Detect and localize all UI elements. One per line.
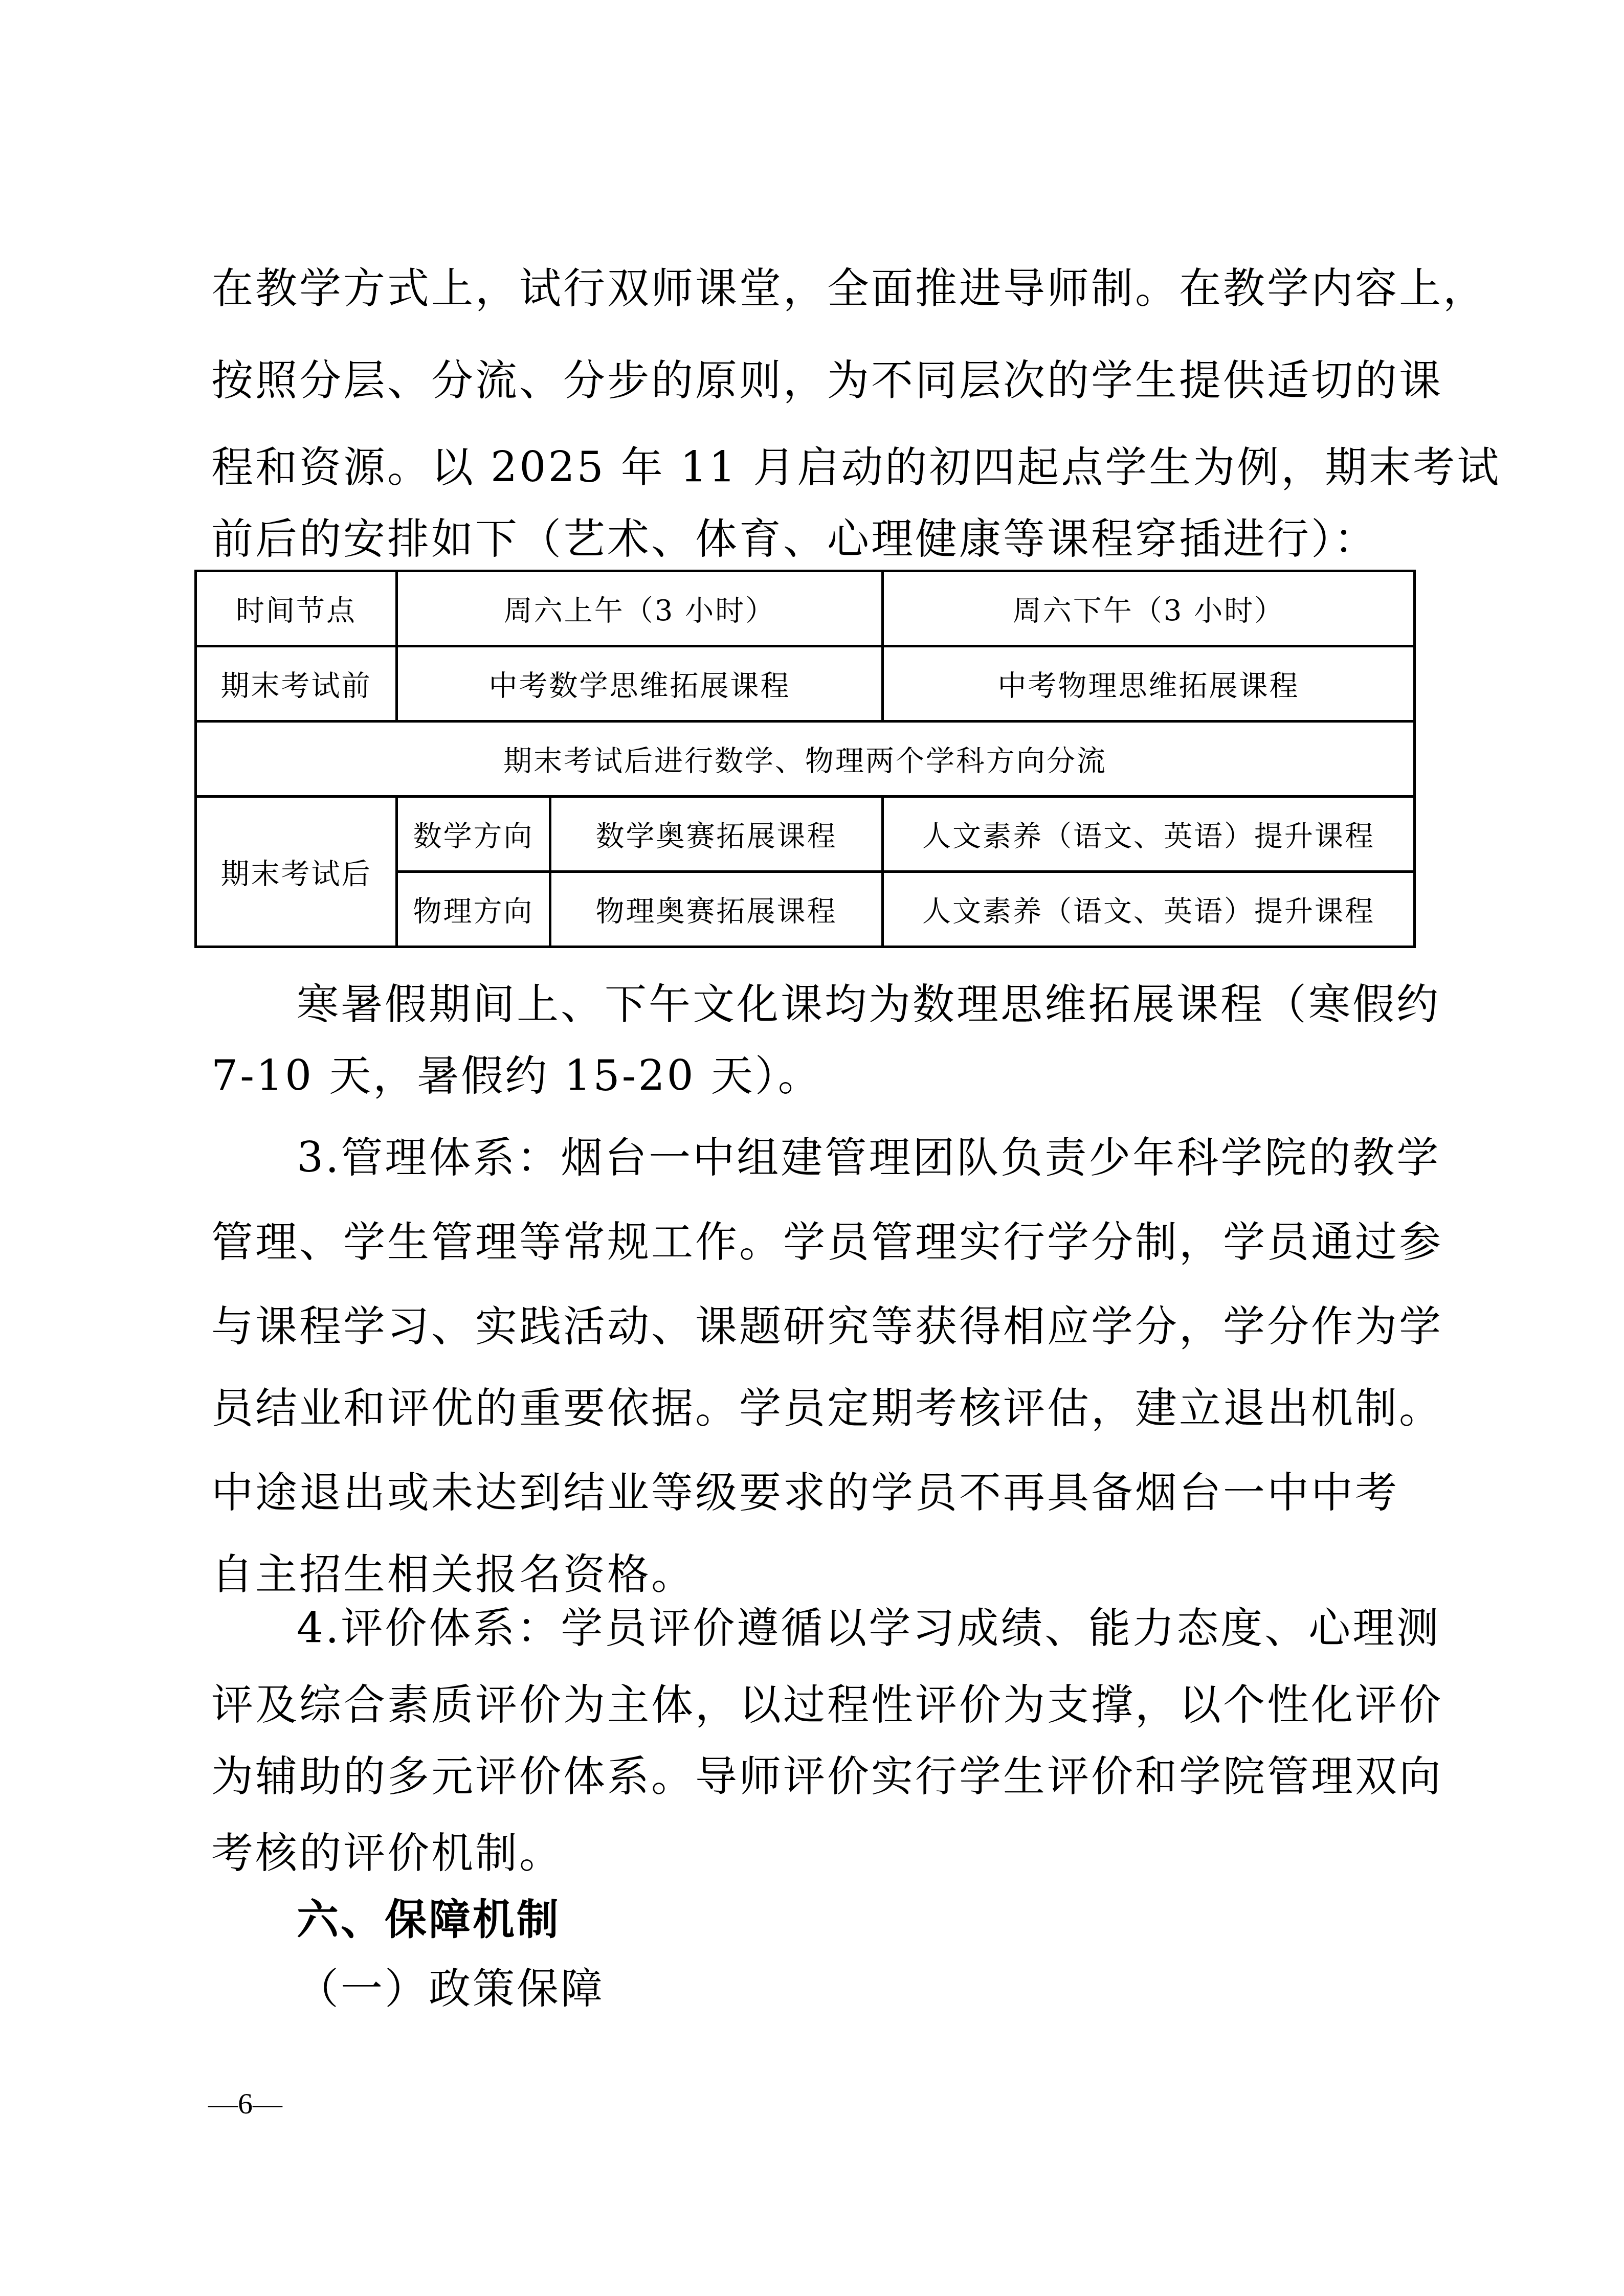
row-label-before-exam: 期末考试前 — [196, 646, 397, 722]
subsection-heading: （一）政策保障 — [297, 1964, 1499, 2015]
paragraph-line: 寒暑假期间上、下午文化课均为数理思维拓展课程（寒假约 — [297, 979, 1499, 1030]
paragraph-line: 在教学方式上，试行双师课堂，全面推进导师制。在教学内容上， — [211, 263, 1413, 314]
paragraph-line: 考核的评价机制。 — [211, 1828, 1413, 1879]
paragraph-line: 与课程学习、实践活动、课题研究等获得相应学分，学分作为学 — [211, 1301, 1413, 1353]
cell-physics-morning: 物理奥赛拓展课程 — [550, 872, 883, 947]
paragraph-line: 按照分层、分流、分步的原则，为不同层次的学生提供适切的课 — [211, 355, 1413, 407]
cell-math-afternoon: 人文素养（语文、英语）提升课程 — [883, 797, 1415, 872]
paragraph-line: 自主招生相关报名资格。 — [211, 1549, 1413, 1601]
paragraph-line: 员结业和评优的重要依据。学员定期考核评估，建立退出机制。 — [211, 1383, 1413, 1434]
paragraph-line: 4.评价体系：学员评价遵循以学习成绩、能力态度、心理测 — [297, 1603, 1499, 1654]
header-saturday-morning: 周六上午（3 小时） — [397, 571, 883, 646]
cell-direction-physics: 物理方向 — [397, 872, 550, 947]
section-heading: 六、保障机制 — [297, 1895, 1499, 1946]
cell-before-morning: 中考数学思维拓展课程 — [397, 646, 883, 722]
row-label-after-exam: 期末考试后 — [196, 797, 397, 947]
cell-physics-afternoon: 人文素养（语文、英语）提升课程 — [883, 872, 1415, 947]
split-note-cell: 期末考试后进行数学、物理两个学科方向分流 — [196, 722, 1415, 797]
cell-before-afternoon: 中考物理思维拓展课程 — [883, 646, 1415, 722]
schedule-table: 时间节点 周六上午（3 小时） 周六下午（3 小时） 期末考试前 中考数学思维拓… — [194, 570, 1416, 948]
cell-math-morning: 数学奥赛拓展课程 — [550, 797, 883, 872]
header-saturday-afternoon: 周六下午（3 小时） — [883, 571, 1415, 646]
table-row-after-math: 期末考试后 数学方向 数学奥赛拓展课程 人文素养（语文、英语）提升课程 — [196, 797, 1415, 872]
table-header-row: 时间节点 周六上午（3 小时） 周六下午（3 小时） — [196, 571, 1415, 646]
paragraph-line: 前后的安排如下（艺术、体育、心理健康等课程穿插进行）： — [211, 514, 1413, 565]
paragraph-line: 3.管理体系：烟台一中组建管理团队负责少年科学院的教学 — [297, 1133, 1499, 1184]
paragraph-line: 评及综合素质评价为主体，以过程性评价为支撑，以个性化评价 — [211, 1680, 1413, 1731]
page-number: —6— — [208, 2086, 282, 2121]
paragraph-line: 管理、学生管理等常规工作。学员管理实行学分制，学员通过参 — [211, 1217, 1413, 1268]
table-row-split-note: 期末考试后进行数学、物理两个学科方向分流 — [196, 722, 1415, 797]
paragraph-line: 中途退出或未达到结业等级要求的学员不再具备烟台一中中考 — [211, 1468, 1413, 1519]
table-row-before-exam: 期末考试前 中考数学思维拓展课程 中考物理思维拓展课程 — [196, 646, 1415, 722]
paragraph-line: 7-10 天，暑假约 15-20 天）。 — [211, 1051, 1413, 1102]
paragraph-line: 程和资源。以 2025 年 11 月启动的初四起点学生为例，期末考试 — [211, 442, 1413, 493]
paragraph-line: 为辅助的多元评价体系。导师评价实行学生评价和学院管理双向 — [211, 1751, 1413, 1803]
header-time-node: 时间节点 — [196, 571, 397, 646]
cell-direction-math: 数学方向 — [397, 797, 550, 872]
